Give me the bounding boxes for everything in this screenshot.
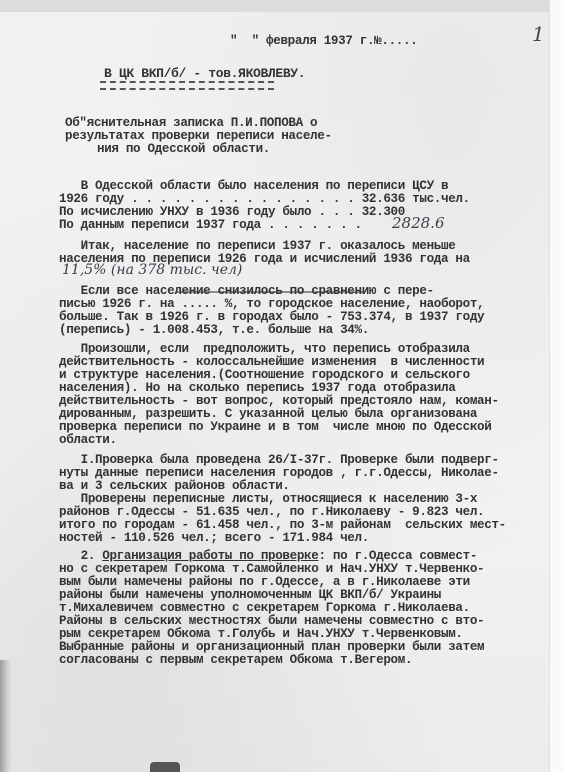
binding-clip: [150, 762, 180, 772]
page-fold-shadow: [0, 660, 12, 772]
page-number: 1: [532, 22, 545, 46]
section-number: 2.: [59, 549, 102, 563]
addressee: В ЦК ВКП/б/ - тов.ЯКОВЛЕВУ.: [104, 67, 305, 80]
title-line: ния по Одесской области.: [97, 143, 270, 156]
scanned-document-page: " " февраля 1937 г.№..... 1 В ЦК ВКП/б/ …: [0, 0, 564, 772]
text-line: ностей - 110.526 чел.; всего - 171.984 ч…: [59, 532, 369, 545]
page-right-edge: [549, 0, 564, 772]
text-line: (перепись) - 1.008.453, т.е. больше на 3…: [59, 324, 369, 337]
text-line: согласованы с первым секретарем Обкома т…: [59, 654, 412, 667]
date-line: " " февраля 1937 г.№.....: [230, 35, 417, 48]
text-line: области.: [59, 434, 117, 447]
handwritten-note: 11,5% (на 378 тыс. чел): [62, 262, 242, 278]
text-line: проверка переписи по Украине и в том чис…: [59, 421, 491, 434]
strikethrough-mark: [175, 291, 365, 293]
double-underline-divider: [100, 81, 274, 90]
text-fragment: : по г.Одесса совмест-: [318, 549, 477, 563]
section-heading: Организация работы по проверке: [102, 549, 318, 563]
text-line: По данным переписи 1937 года . . . . . .…: [59, 219, 362, 232]
handwritten-value: 2828.6: [392, 214, 445, 232]
page-top-edge: [0, 0, 564, 12]
